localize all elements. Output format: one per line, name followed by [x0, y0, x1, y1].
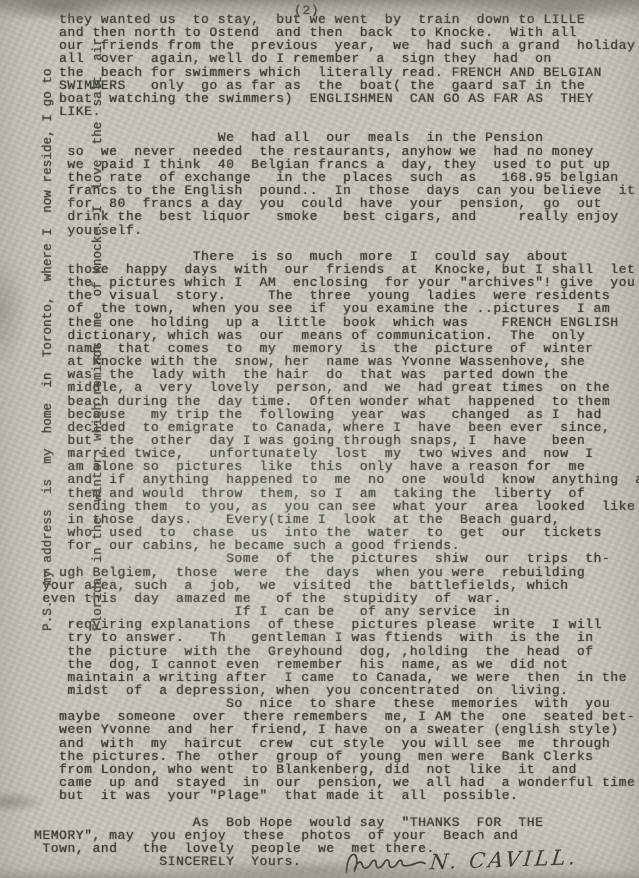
postscript-line-2: Florida in the winter, which reminds me … — [90, 41, 107, 631]
postscript-margin-note: P.S. my address is my home in Toronto, w… — [7, 41, 139, 631]
signature-scrawl — [346, 852, 426, 872]
postscript-line-1: P.S. my address is my home in Toronto, w… — [40, 41, 57, 631]
scanned-letter-page: (2) they wanted us to stay, but we went … — [0, 0, 639, 878]
handwritten-signature: N. CAVILL. — [342, 834, 593, 878]
signature-graphic: N. CAVILL. — [342, 834, 593, 878]
signature-name: N. CAVILL. — [428, 844, 580, 874]
